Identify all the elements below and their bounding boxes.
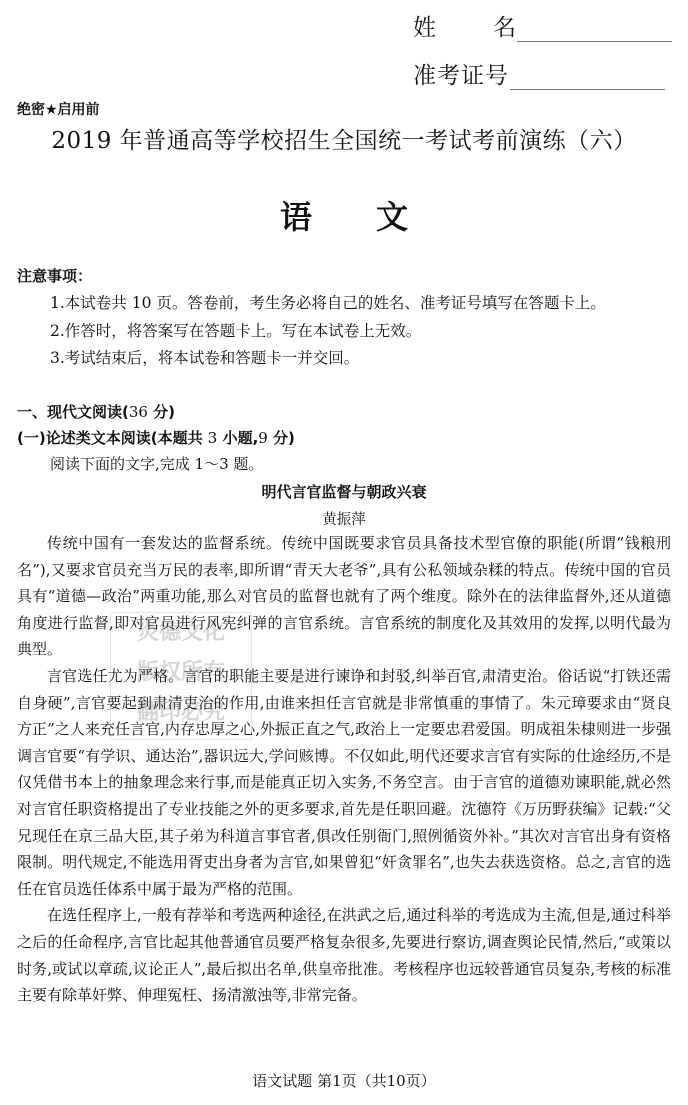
exam-id-field-row: 准考证号	[413, 62, 665, 90]
reading-instruction: 阅读下面的文字,完成 1～3 题。	[50, 453, 263, 474]
subsection-heading-text: (一)论述类文本阅读(本题共	[17, 429, 208, 447]
notice-item: 2.作答时，将答案写在答题卡上。写在本试卷上无效。	[50, 318, 606, 346]
subject-title: 语文	[0, 192, 688, 238]
article-paragraph: 传统中国有一套发达的监督系统。传统中国既要求官员具备技术型官僚的职能(所谓“钱粮…	[17, 530, 671, 663]
subject-char-2: 文	[376, 192, 408, 238]
section-heading-modern-reading: 一、现代文阅读(36 分)	[17, 401, 175, 422]
name-input-line[interactable]	[517, 15, 672, 42]
notice-heading: 注意事项：	[17, 265, 92, 286]
confidential-mark: 绝密★启用前	[17, 99, 100, 119]
exam-title: 2019 年普通高等学校招生全国统一考试考前演练（六）	[0, 122, 688, 155]
notice-item: 1.本试卷共 10 页。答卷前，考生务必将自己的姓名、准考证号填写在答题卡上。	[50, 290, 606, 318]
article-author: 黄振萍	[0, 508, 688, 529]
subsection-heading-argumentative: (一)论述类文本阅读(本题共 3 小题,9 分)	[17, 427, 295, 448]
subsection-heading-mid: 小题,	[217, 429, 258, 447]
name-label-char-2: 名	[493, 14, 516, 42]
subsection-points: 9	[258, 429, 268, 447]
article-paragraph: 言官选任尤为严格。言官的职能主要是进行谏诤和封驳,纠举百官,肃清吏治。俗话说“打…	[17, 663, 671, 902]
exam-id-input-line[interactable]	[510, 63, 665, 90]
article-body: 传统中国有一套发达的监督系统。传统中国既要求官员具备技术型官僚的职能(所谓“钱粮…	[17, 530, 671, 1009]
subsection-heading-tail: 分)	[268, 429, 295, 447]
article-title: 明代言官监督与朝政兴衰	[0, 481, 688, 502]
exam-id-label: 准考证号	[413, 62, 509, 90]
name-label-char-1: 姓	[413, 14, 436, 42]
name-field-row: 姓 名	[413, 14, 672, 42]
article-paragraph: 在选任程序上,一般有荐举和考选两种途径,在洪武之后,通过科举的考选成为主流,但是…	[17, 902, 671, 1008]
notice-list: 1.本试卷共 10 页。答卷前，考生务必将自己的姓名、准考证号填写在答题卡上。 …	[50, 290, 606, 373]
notice-item: 3.考试结束后，将本试卷和答题卡一并交回。	[50, 345, 606, 373]
section-heading-tail: 分)	[148, 403, 175, 421]
subsection-question-count: 3	[208, 429, 218, 447]
name-label: 姓 名	[413, 14, 516, 42]
section-points: 36	[129, 403, 148, 421]
subject-char-1: 语	[280, 192, 312, 238]
page-footer: 语文试题 第1页（共10页）	[0, 1070, 688, 1091]
section-heading-text: 一、现代文阅读(	[17, 403, 129, 421]
